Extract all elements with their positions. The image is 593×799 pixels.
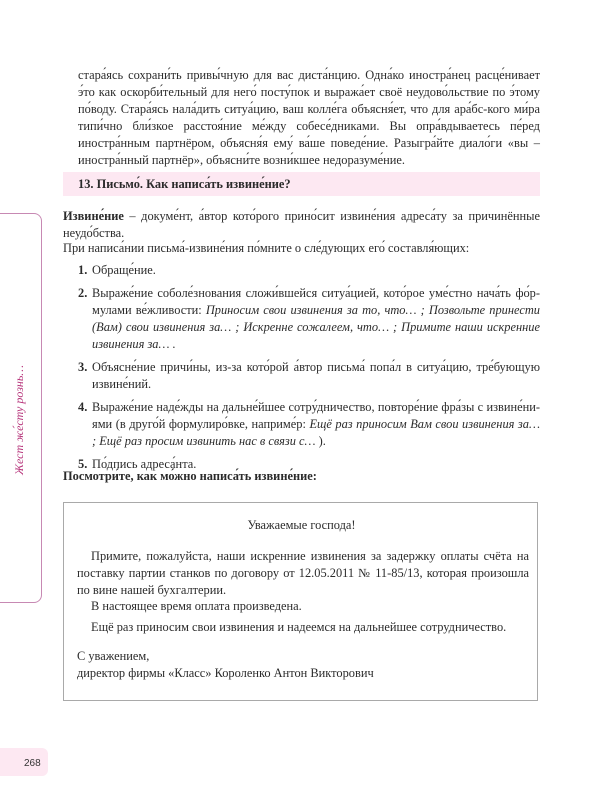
item-number: 3. bbox=[78, 359, 87, 376]
definition-term: Извине́ние bbox=[63, 209, 124, 223]
intro-paragraph: стара́ясь сохрани́ть привы́чную для вас … bbox=[78, 67, 540, 169]
item-text: Обраще́ние. bbox=[92, 263, 156, 277]
list-item: 4.Выраже́ние наде́жды на дальне́йшее сот… bbox=[78, 399, 540, 450]
example-letter-box: Уважаемые господа! Примите, пожалуйста, … bbox=[63, 502, 538, 701]
item-number: 1. bbox=[78, 262, 87, 279]
letter-signature: директор фирмы «Класс» Короленко Антон В… bbox=[77, 665, 529, 682]
chapter-label: Жест же́сту рознь… bbox=[11, 365, 28, 475]
item-text: Объясне́ние причи́ны, из-за кото́рой а́в… bbox=[92, 360, 540, 391]
letter-greeting: Уважаемые господа! bbox=[64, 517, 539, 534]
letter-body-1: Примите, пожалуйста, наши искренние изви… bbox=[77, 548, 529, 599]
letter-body-3: Ещё раз приносим свои извинения и надеем… bbox=[77, 619, 529, 636]
list-item: 3.Объясне́ние причи́ны, из-за кото́рой а… bbox=[78, 359, 540, 393]
page-number: 268 bbox=[24, 755, 41, 772]
list-item: 2.Выраже́ние соболе́знования сложи́вшейс… bbox=[78, 285, 540, 353]
example-heading: Посмотри́те, как мо́жно написа́ть извине… bbox=[63, 468, 317, 485]
components-list: 1.Обраще́ние. 2.Выраже́ние соболе́знован… bbox=[78, 262, 540, 479]
item-number: 2. bbox=[78, 285, 87, 302]
list-item: 1.Обраще́ние. bbox=[78, 262, 540, 279]
item-number: 4. bbox=[78, 399, 87, 416]
definition-paragraph: Извине́ние – докуме́нт, а́втор кото́рого… bbox=[63, 208, 540, 242]
item-tail: ). bbox=[319, 434, 326, 448]
letter-closing: С уважением, bbox=[77, 648, 529, 665]
section-title: 13. Письмо́. Как написа́ть извине́ние? bbox=[78, 176, 291, 193]
lead-paragraph: При написа́нии письма́-извине́ния по́мни… bbox=[63, 240, 540, 257]
letter-body-2: В настоящее время оплата произведена. bbox=[77, 598, 529, 615]
definition-text: – докуме́нт, а́втор кото́рого прино́сит … bbox=[63, 209, 540, 240]
